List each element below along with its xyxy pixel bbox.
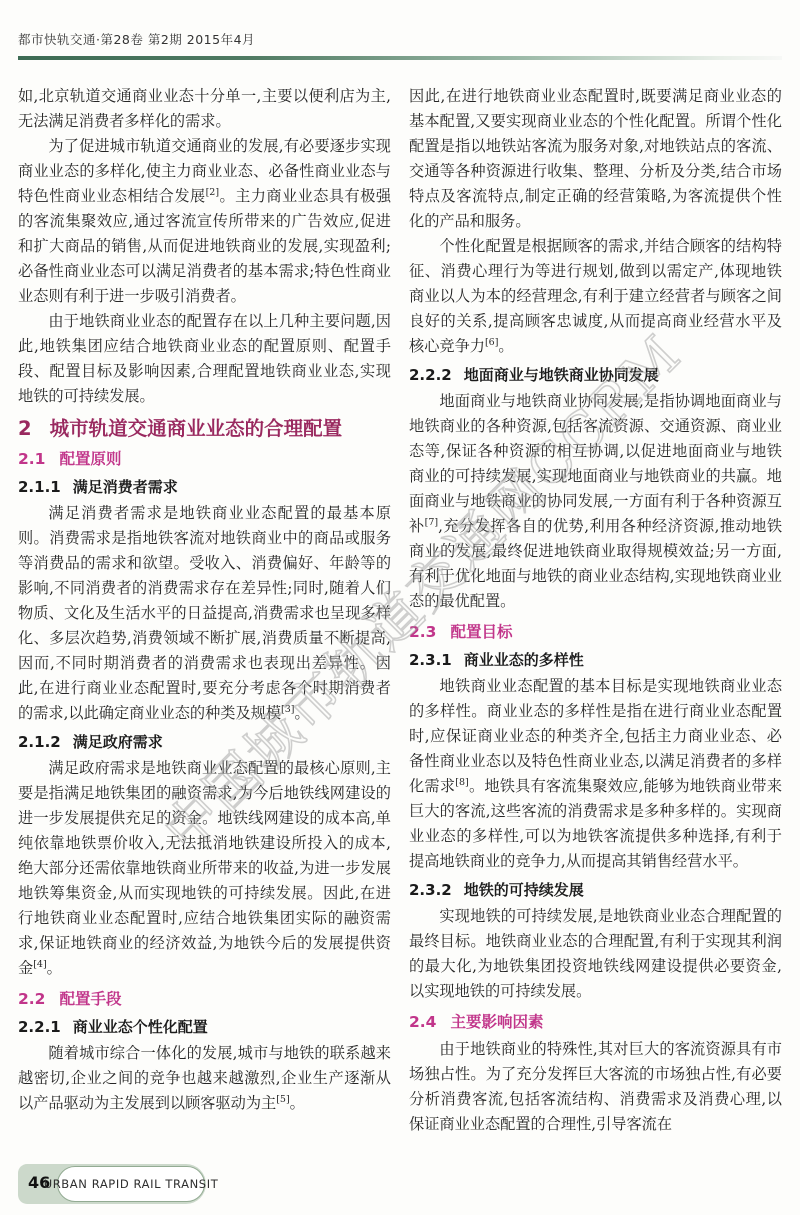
heading-number: 2.3.1 — [409, 651, 452, 669]
section-heading-2.1.1: 2.1.1满足消费者需求 — [18, 475, 391, 499]
body-paragraph: 由于地铁商业的特殊性,其对巨大的客流资源具有市场独占性。为了充分发挥巨大客流的市… — [409, 1037, 782, 1137]
journal-header-line: 都市快轨交通·第28卷 第2期 2015年4月 — [18, 30, 782, 48]
heading-number: 2.3 — [409, 623, 436, 641]
heading-number: 2.1 — [18, 450, 45, 468]
heading-number: 2.3.2 — [409, 881, 452, 899]
section-heading-2.3: 2.3配置目标 — [409, 620, 782, 644]
heading-title: 满足消费者需求 — [73, 478, 178, 496]
body-paragraph: 由于地铁商业业态的配置存在以上几种主要问题,因此,地铁集团应结合地铁商业业态的配… — [18, 309, 391, 409]
right-column: 因此,在进行地铁商业业态配置时,既要满足商业业态的基本配置,又要实现商业业态的个… — [409, 84, 782, 1137]
section-heading-2.2.1: 2.2.1商业业态个性化配置 — [18, 1015, 391, 1039]
section-heading-2.1.2: 2.1.2满足政府需求 — [18, 730, 391, 754]
heading-title: 满足政府需求 — [73, 733, 163, 751]
body-paragraph: 随着城市综合一体化的发展,城市与地铁的联系越来越密切,企业之间的竞争也越来越激烈… — [18, 1041, 391, 1116]
heading-number: 2.2.1 — [18, 1018, 61, 1036]
body-paragraph: 地面商业与地铁商业协同发展,是指协调地面商业与地铁商业的各种资源,包括客流资源、… — [409, 389, 782, 614]
footer-badge: 46 URBAN RAPID RAIL TRANSIT — [18, 1164, 206, 1204]
section-heading-2: 2城市轨道交通商业业态的合理配置 — [18, 416, 391, 441]
body-paragraph: 实现地铁的可持续发展,是地铁商业业态合理配置的最终目标。地铁商业业态的合理配置,… — [409, 904, 782, 1004]
heading-number: 2.1.2 — [18, 733, 61, 751]
heading-number: 2.1.1 — [18, 478, 61, 496]
heading-number: 2.4 — [409, 1013, 436, 1031]
heading-title: 主要影响因素 — [450, 1013, 543, 1031]
heading-number: 2.2.2 — [409, 366, 452, 384]
heading-title: 地铁的可持续发展 — [464, 881, 584, 899]
body-paragraph: 满足消费者需求是地铁商业业态配置的最基本原则。消费需求是指地铁客流对地铁商业中的… — [18, 501, 391, 726]
heading-title: 配置目标 — [450, 623, 512, 641]
heading-title: 城市轨道交通商业业态的合理配置 — [50, 417, 343, 440]
heading-title: 地面商业与地铁商业协同发展 — [464, 366, 659, 384]
section-heading-2.3.2: 2.3.2地铁的可持续发展 — [409, 878, 782, 902]
journal-english-title: URBAN RAPID RAIL TRANSIT — [57, 1166, 205, 1202]
heading-title: 配置手段 — [59, 990, 121, 1008]
body-paragraph: 如,北京轨道交通商业业态十分单一,主要以便利店为主,无法满足消费者多样化的需求。 — [18, 84, 391, 134]
section-heading-2.2.2: 2.2.2地面商业与地铁商业协同发展 — [409, 363, 782, 387]
heading-number: 2.2 — [18, 990, 45, 1008]
heading-title: 配置原则 — [59, 450, 121, 468]
left-column: 如,北京轨道交通商业业态十分单一,主要以便利店为主,无法满足消费者多样化的需求。… — [18, 84, 391, 1116]
heading-title: 商业业态的多样性 — [464, 651, 584, 669]
body-paragraph: 因此,在进行地铁商业业态配置时,既要满足商业业态的基本配置,又要实现商业业态的个… — [409, 84, 782, 234]
section-heading-2.3.1: 2.3.1商业业态的多样性 — [409, 648, 782, 672]
header-divider-bar — [18, 56, 782, 60]
body-paragraph: 满足政府需求是地铁商业业态配置的最核心原则,主要是指满足地铁集团的融资需求,为今… — [18, 756, 391, 981]
section-heading-2.4: 2.4主要影响因素 — [409, 1010, 782, 1034]
body-paragraph: 地铁商业业态配置的基本目标是实现地铁商业业态的多样性。商业业态的多样性是指在进行… — [409, 674, 782, 874]
body-paragraph: 为了促进城市轨道交通商业的发展,有必要逐步实现商业业态的多样化,使主力商业业态、… — [18, 134, 391, 309]
heading-title: 商业业态个性化配置 — [73, 1018, 208, 1036]
heading-number: 2 — [18, 417, 32, 440]
section-heading-2.2: 2.2配置手段 — [18, 987, 391, 1011]
body-paragraph: 个性化配置是根据顾客的需求,并结合顾客的结构特征、消费心理行为等进行规划,做到以… — [409, 234, 782, 359]
section-heading-2.1: 2.1配置原则 — [18, 447, 391, 471]
